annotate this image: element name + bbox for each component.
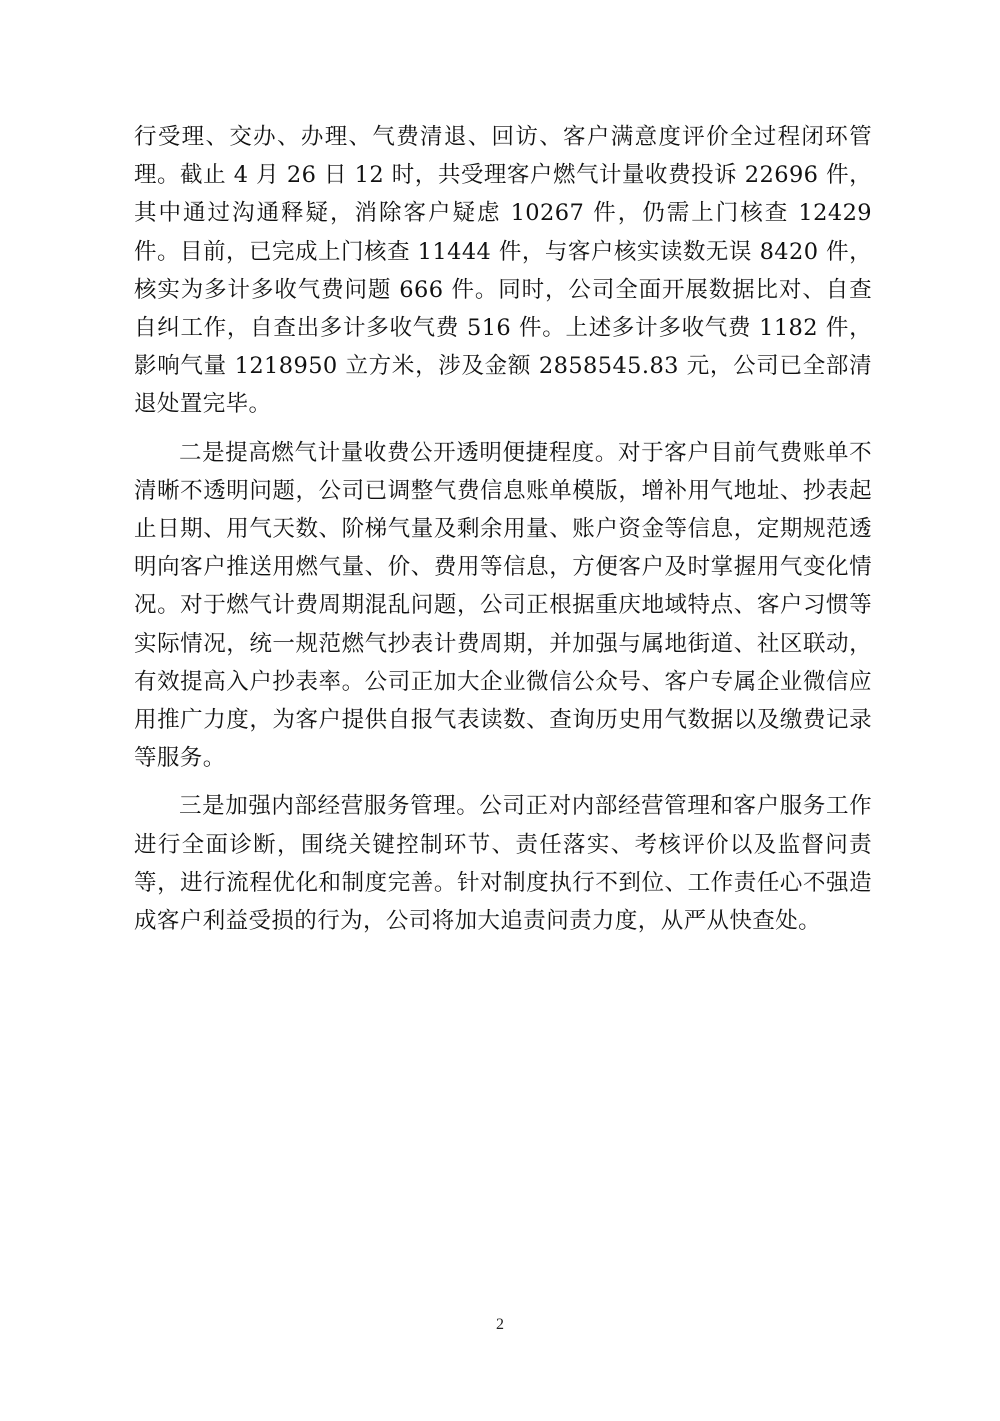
document-page: 行受理、交办、办理、气费清退、回访、客户满意度评价全过程闭环管理。截止 4 月 … — [134, 118, 872, 950]
paragraph-complaint-handling: 行受理、交办、办理、气费清退、回访、客户满意度评价全过程闭环管理。截止 4 月 … — [134, 118, 872, 424]
page-number: 2 — [0, 1316, 1000, 1334]
paragraph-internal-management: 三是加强内部经营服务管理。公司正对内部经营管理和客户服务工作进行全面诊断，围绕关… — [134, 787, 872, 940]
paragraph-billing-transparency: 二是提高燃气计量收费公开透明便捷程度。对于客户目前气费账单不清晰不透明问题，公司… — [134, 434, 872, 778]
